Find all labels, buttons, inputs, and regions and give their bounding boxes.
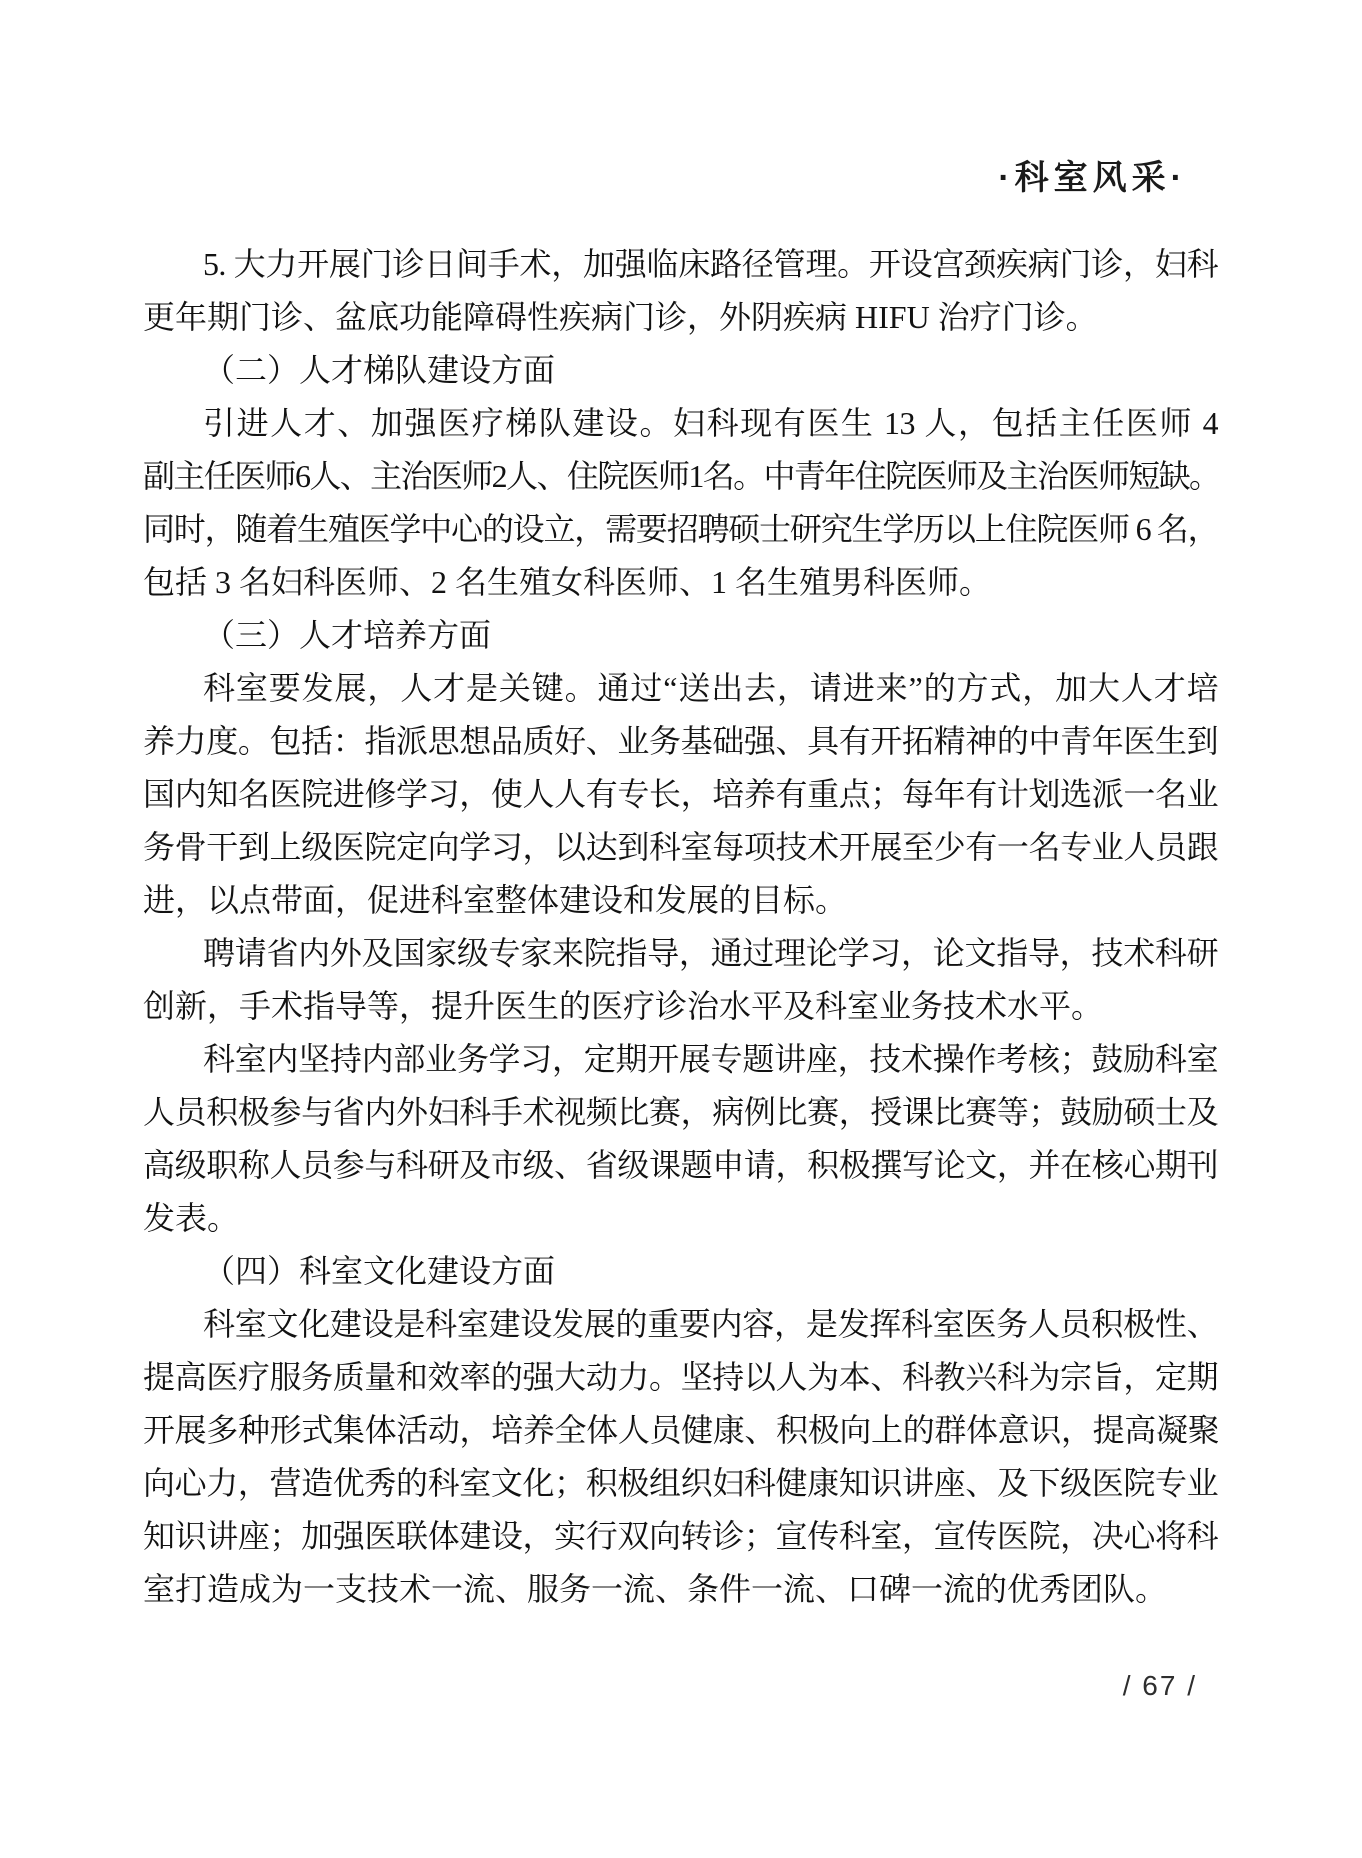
body-line: 创新，手术指导等，提升医生的医疗诊治水平及科室业务技术水平。 (143, 980, 1218, 1033)
body-line: 进，以点带面，促进科室整体建设和发展的目标。 (143, 874, 1218, 927)
body-line: 高级职称人员参与科研及市级、省级课题申请，积极撰写论文，并在核心期刊 (143, 1139, 1218, 1192)
body-line: 包括 3 名妇科医师、2 名生殖女科医师、1 名生殖男科医师。 (143, 556, 1218, 609)
body-line: 科室文化建设是科室建设发展的重要内容，是发挥科室医务人员积极性、 (143, 1298, 1218, 1351)
document-body: 5. 大力开展门诊日间手术，加强临床路径管理。开设宫颈疾病门诊，妇科 更年期门诊… (143, 238, 1218, 1616)
body-line: 知识讲座；加强医联体建设，实行双向转诊；宣传科室，宣传医院，决心将科 (143, 1510, 1218, 1563)
body-line: 国内知名医院进修学习，使人人有专长，培养有重点；每年有计划选派一名业 (143, 768, 1218, 821)
body-line: 5. 大力开展门诊日间手术，加强临床路径管理。开设宫颈疾病门诊，妇科 (143, 238, 1218, 291)
body-line: 副主任医师6人、主治医师2人、住院医师1名。中青年住院医师及主治医师短缺。 (143, 450, 1218, 503)
body-line: 提高医疗服务质量和效率的强大动力。坚持以人为本、科教兴科为宗旨，定期 (143, 1351, 1218, 1404)
running-header: ·科室风采· (998, 150, 1187, 199)
body-line: 务骨干到上级医院定向学习，以达到科室每项技术开展至少有一名专业人员跟 (143, 821, 1218, 874)
section-heading: （三）人才培养方面 (143, 609, 1218, 662)
body-line: 养力度。包括：指派思想品质好、业务基础强、具有开拓精神的中青年医生到 (143, 715, 1218, 768)
body-line: 开展多种形式集体活动，培养全体人员健康、积极向上的群体意识，提高凝聚力、 (143, 1404, 1218, 1457)
body-line: 发表。 (143, 1192, 1218, 1245)
body-line: 引进人才、加强医疗梯队建设。妇科现有医生 13 人，包括主任医师 4 人、 (143, 397, 1218, 450)
section-heading: （四）科室文化建设方面 (143, 1245, 1218, 1298)
section-heading: （二）人才梯队建设方面 (143, 344, 1218, 397)
body-line: 更年期门诊、盆底功能障碍性疾病门诊，外阴疾病 HIFU 治疗门诊。 (143, 291, 1218, 344)
body-line: 同时，随着生殖医学中心的设立，需要招聘硕士研究生学历以上住院医师 6 名， (143, 503, 1218, 556)
body-line: 向心力，营造优秀的科室文化；积极组织妇科健康知识讲座、及下级医院专业 (143, 1457, 1218, 1510)
body-line: 聘请省内外及国家级专家来院指导，通过理论学习，论文指导，技术科研 (143, 927, 1218, 980)
body-line: 科室内坚持内部业务学习，定期开展专题讲座，技术操作考核；鼓励科室 (143, 1033, 1218, 1086)
body-line: 人员积极参与省内外妇科手术视频比赛，病例比赛，授课比赛等；鼓励硕士及 (143, 1086, 1218, 1139)
body-line: 科室要发展，人才是关键。通过“送出去，请进来”的方式，加大人才培 (143, 662, 1218, 715)
document-page: ·科室风采· 5. 大力开展门诊日间手术，加强临床路径管理。开设宫颈疾病门诊，妇… (0, 0, 1362, 1858)
page-number: / 67 / (1123, 1670, 1197, 1702)
body-line: 室打造成为一支技术一流、服务一流、条件一流、口碑一流的优秀团队。 (143, 1563, 1218, 1616)
